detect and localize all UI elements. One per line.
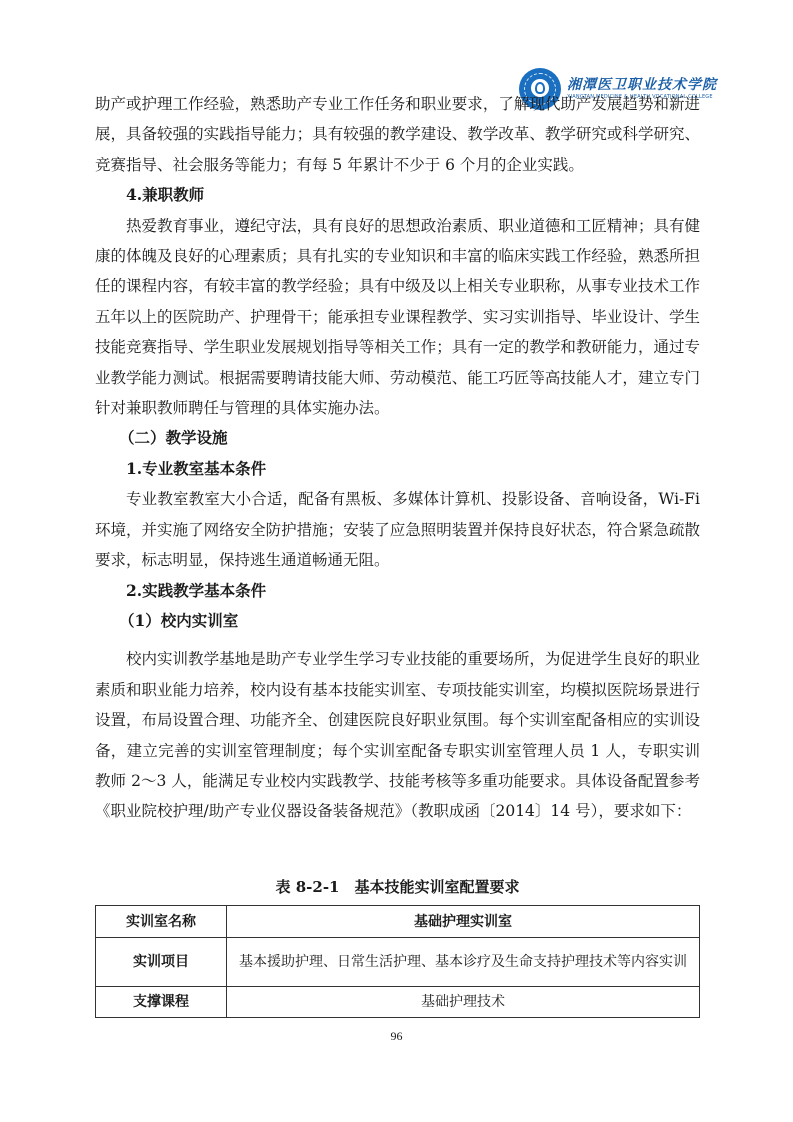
paragraph-onsite-lab: 校内实训教学基地是助产专业学生学习专业技能的重要场所，为促进学生良好的职业素质和… — [95, 644, 700, 826]
paragraph-classroom-conditions: 专业教室教室大小合适，配备有黑板、多媒体计算机、投影设备、音响设备，Wi-Fi环… — [95, 484, 700, 575]
paragraph-intro: 助产或护理工作经验，熟悉助产专业工作任务和职业要求，了解现代助产发展趋势和新进展… — [95, 89, 700, 180]
heading-practice-conditions: 2.实践教学基本条件 — [95, 576, 700, 606]
table-caption: 表 8-2-1 基本技能实训室配置要求 — [95, 877, 700, 897]
table-row: 支撑课程 基础护理技术 — [96, 987, 700, 1018]
row-label: 支撑课程 — [96, 987, 227, 1018]
row-label: 实训室名称 — [96, 906, 227, 938]
lab-config-table: 实训室名称 基础护理实训室 实训项目 基本援助护理、日常生活护理、基本诊疗及生命… — [95, 905, 700, 1018]
heading-classroom-conditions: 1.专业教室基本条件 — [95, 454, 700, 484]
heading-teaching-facilities: （二）教学设施 — [95, 423, 700, 453]
row-label: 实训项目 — [96, 938, 227, 987]
row-value: 基础护理技术 — [227, 987, 700, 1018]
heading-onsite-lab: （1）校内实训室 — [95, 606, 700, 636]
table-row: 实训项目 基本援助护理、日常生活护理、基本诊疗及生命支持护理技术等内容实训 — [96, 938, 700, 987]
row-value: 基础护理实训室 — [227, 906, 700, 938]
row-value: 基本援助护理、日常生活护理、基本诊疗及生命支持护理技术等内容实训 — [227, 938, 700, 987]
heading-part-time-teachers: 4.兼职教师 — [95, 180, 700, 210]
table-row: 实训室名称 基础护理实训室 — [96, 906, 700, 938]
page-number: 96 — [0, 1029, 793, 1044]
paragraph-part-time-teachers: 热爱教育事业，遵纪守法，具有良好的思想政治素质、职业道德和工匠精神；具有健康的体… — [95, 211, 700, 424]
document-body: 助产或护理工作经验，熟悉助产专业工作任务和职业要求，了解现代助产发展趋势和新进展… — [95, 89, 700, 827]
